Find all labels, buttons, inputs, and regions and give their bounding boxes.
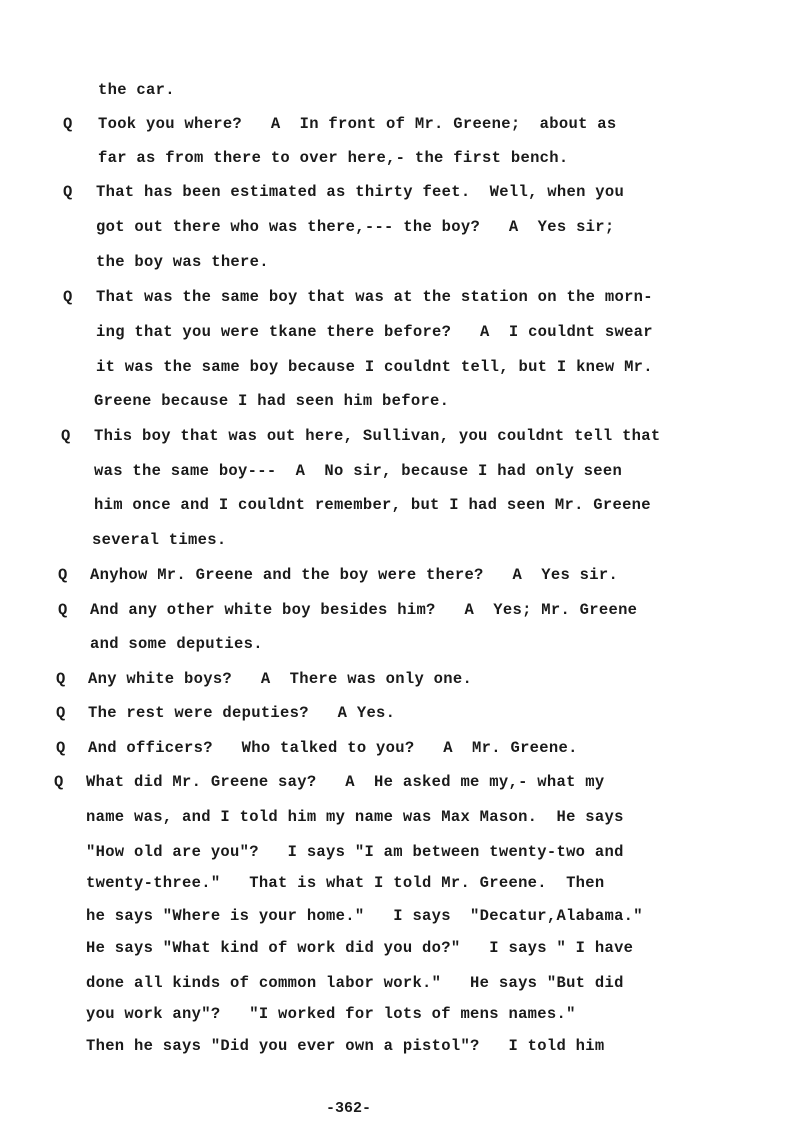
transcript-line: him once and I couldnt remember, but I h… (94, 495, 651, 515)
transcript-line: the car. (98, 80, 175, 100)
transcript-line: name was, and I told him my name was Max… (86, 807, 624, 827)
question-marker: Q (61, 426, 70, 446)
transcript-line: twenty-three." That is what I told Mr. G… (86, 873, 604, 893)
transcript-line: What did Mr. Greene say? A He asked me m… (86, 772, 604, 792)
transcript-line: it was the same boy because I couldnt te… (96, 357, 653, 377)
transcript-line: ing that you were tkane there before? A … (96, 322, 653, 342)
document-page: the car.QTook you where? A In front of M… (0, 0, 800, 1126)
question-marker: Q (63, 182, 72, 202)
transcript-line: done all kinds of common labor work." He… (86, 973, 624, 993)
transcript-line: Anyhow Mr. Greene and the boy were there… (90, 565, 618, 585)
transcript-line: That has been estimated as thirty feet. … (96, 182, 624, 202)
question-marker: Q (58, 600, 67, 620)
question-marker: Q (56, 703, 65, 723)
transcript-line: he says "Where is your home." I says "De… (86, 906, 643, 926)
transcript-line: far as from there to over here,- the fir… (98, 148, 568, 168)
transcript-line: He says "What kind of work did you do?" … (86, 938, 633, 958)
transcript-line: And any other white boy besides him? A Y… (90, 600, 637, 620)
transcript-line: This boy that was out here, Sullivan, yo… (94, 426, 661, 446)
transcript-line: The rest were deputies? A Yes. (88, 703, 395, 723)
transcript-line: And officers? Who talked to you? A Mr. G… (88, 738, 578, 758)
transcript-line: Then he says "Did you ever own a pistol"… (86, 1036, 604, 1056)
transcript-line: "How old are you"? I says "I am between … (86, 842, 624, 862)
transcript-line: was the same boy--- A No sir, because I … (94, 461, 622, 481)
transcript-line: Greene because I had seen him before. (94, 391, 449, 411)
transcript-line: Any white boys? A There was only one. (88, 669, 472, 689)
transcript-line: you work any"? "I worked for lots of men… (86, 1004, 576, 1024)
transcript-line: got out there who was there,--- the boy?… (96, 217, 614, 237)
transcript-line: That was the same boy that was at the st… (96, 287, 653, 307)
question-marker: Q (56, 738, 65, 758)
transcript-line: several times. (92, 530, 226, 550)
question-marker: Q (54, 772, 63, 792)
transcript-line: and some deputies. (90, 634, 263, 654)
question-marker: Q (56, 669, 65, 689)
question-marker: Q (58, 565, 67, 585)
page-number: -362- (326, 1100, 371, 1117)
transcript-line: Took you where? A In front of Mr. Greene… (98, 114, 616, 134)
transcript-line: the boy was there. (96, 252, 269, 272)
question-marker: Q (63, 114, 72, 134)
question-marker: Q (63, 287, 72, 307)
